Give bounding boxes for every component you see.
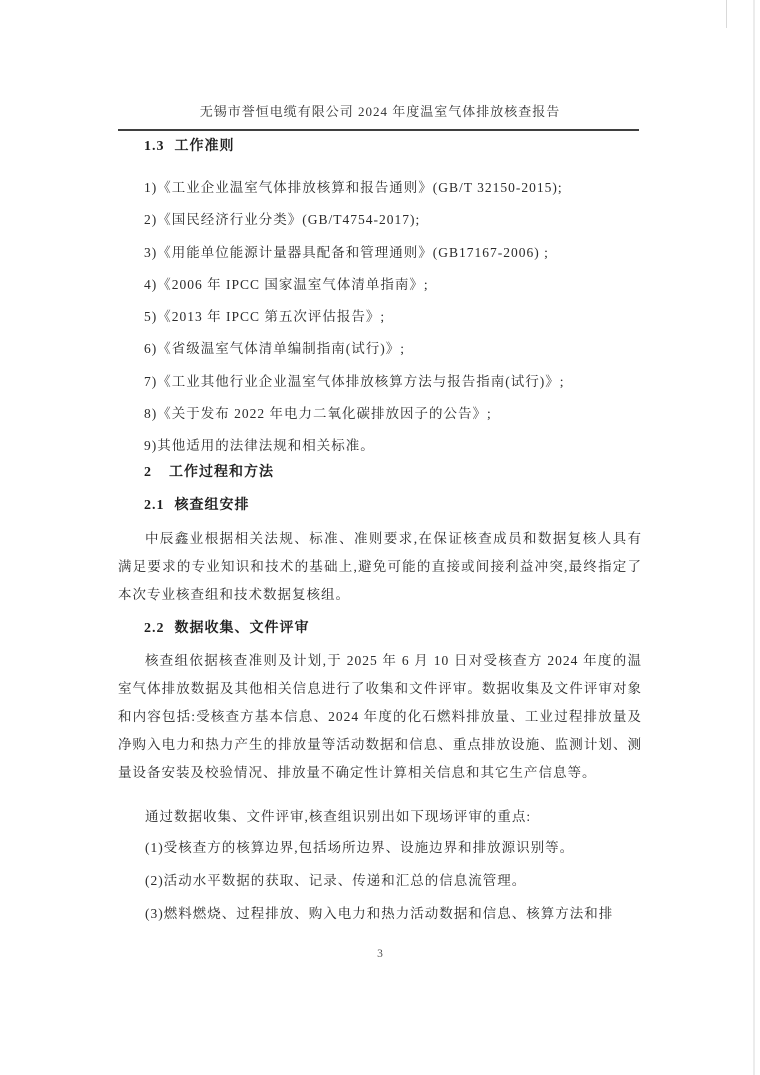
focus-item: (3)燃料燃烧、过程排放、购入电力和热力活动数据和信息、核算方法和排 <box>118 897 642 930</box>
reference-item: 1)《工业企业温室气体排放核算和报告通则》(GB/T 32150-2015); <box>118 172 642 204</box>
section-2-2-number: 2.2 <box>144 621 165 636</box>
section-1-3-number: 1.3 <box>144 139 165 154</box>
section-2-2-heading: 2.2数据收集、文件评审 <box>118 619 642 639</box>
reference-item: 7)《工业其他行业企业温室气体排放核算方法与报告指南(试行)》; <box>118 366 642 398</box>
section-1-3-title: 工作准则 <box>175 139 235 154</box>
scan-edge-artifact <box>753 0 755 1075</box>
section-2-1-paragraph: 中辰鑫业根据相关法规、标准、准则要求,在保证核查成员和数据复核人具有满足要求的专… <box>118 525 642 609</box>
section-2-heading: 2工作过程和方法 <box>118 463 642 483</box>
scan-mark-artifact <box>726 0 727 28</box>
section-2-number: 2 <box>144 465 152 480</box>
reference-item: 3)《用能单位能源计量器具配备和管理通则》(GB17167-2006) ; <box>118 237 642 269</box>
section-1-3-heading: 1.3工作准则 <box>118 137 642 157</box>
reference-list: 1)《工业企业温室气体排放核算和报告通则》(GB/T 32150-2015); … <box>118 172 642 463</box>
section-2-1-number: 2.1 <box>144 498 165 513</box>
focus-item: (1)受核查方的核算边界,包括场所边界、设施边界和排放源识别等。 <box>118 831 642 864</box>
section-2-title: 工作过程和方法 <box>169 465 274 480</box>
focus-item: (2)活动水平数据的获取、记录、传递和汇总的信息流管理。 <box>118 864 642 897</box>
section-2-2-title: 数据收集、文件评审 <box>175 621 310 636</box>
section-2-2-paragraph-1: 核查组依据核查准则及计划,于 2025 年 6 月 10 日对受核查方 2024… <box>118 647 642 787</box>
section-2-2-paragraph-2: 通过数据收集、文件评审,核查组识别出如下现场评审的重点: <box>118 803 642 831</box>
site-review-focus-list: (1)受核查方的核算边界,包括场所边界、设施边界和排放源识别等。 (2)活动水平… <box>118 831 642 930</box>
reference-item: 9)其他适用的法律法规和相关标准。 <box>118 430 642 462</box>
reference-item: 5)《2013 年 IPCC 第五次评估报告》; <box>118 301 642 333</box>
reference-item: 4)《2006 年 IPCC 国家温室气体清单指南》; <box>118 269 642 301</box>
page-number: 3 <box>0 948 760 960</box>
section-2-1-title: 核查组安排 <box>175 498 250 513</box>
reference-item: 6)《省级温室气体清单编制指南(试行)》; <box>118 333 642 365</box>
document-body: 1.3工作准则 1)《工业企业温室气体排放核算和报告通则》(GB/T 32150… <box>118 0 642 930</box>
document-page: 无锡市誉恒电缆有限公司 2024 年度温室气体排放核查报告 1.3工作准则 1)… <box>0 0 760 1075</box>
reference-item: 2)《国民经济行业分类》(GB/T4754-2017); <box>118 204 642 236</box>
section-2-1-heading: 2.1核查组安排 <box>118 496 642 516</box>
reference-item: 8)《关于发布 2022 年电力二氧化碳排放因子的公告》; <box>118 398 642 430</box>
